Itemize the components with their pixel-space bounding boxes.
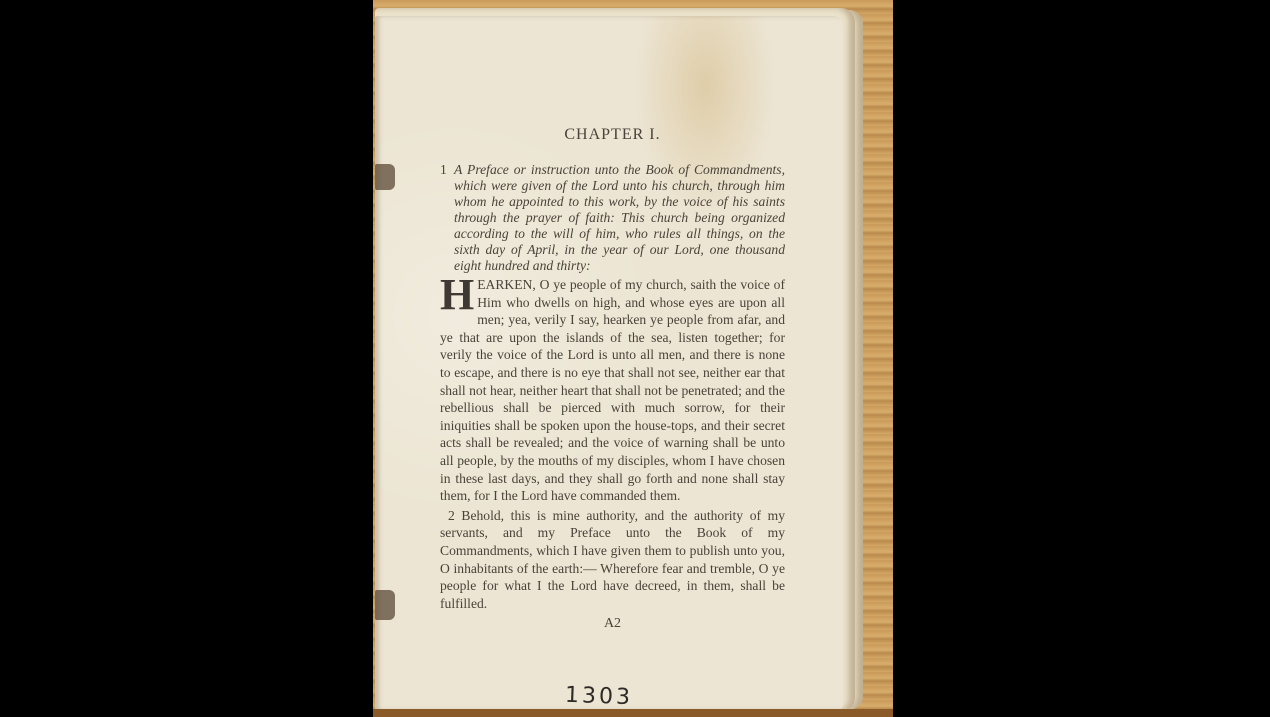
chapter-summary: 1 A Preface or instruction unto the Book… [440,162,785,274]
table-surface [373,709,893,717]
chapter-title: CHAPTER I. [440,126,785,144]
page-text: CHAPTER I. 1 A Preface or instruction un… [440,126,785,632]
verse-1-text: EARKEN, O ye people of my church, saith … [440,277,785,503]
verse-1: H EARKEN, O ye people of my church, sait… [440,276,785,505]
book-photo: CHAPTER I. 1 A Preface or instruction un… [373,0,893,717]
summary-text: A Preface or instruction unto the Book o… [454,162,785,274]
signature-mark: A2 [440,616,785,632]
drop-cap: H [440,278,474,312]
binding-tear [375,164,395,190]
binding-tear [375,590,395,620]
book-page: CHAPTER I. 1 A Preface or instruction un… [375,16,843,710]
handwritten-number: 1303 [565,683,634,710]
summary-number: 1 [440,162,454,274]
verse-2: 2 Behold, this is mine authority, and th… [440,507,785,613]
